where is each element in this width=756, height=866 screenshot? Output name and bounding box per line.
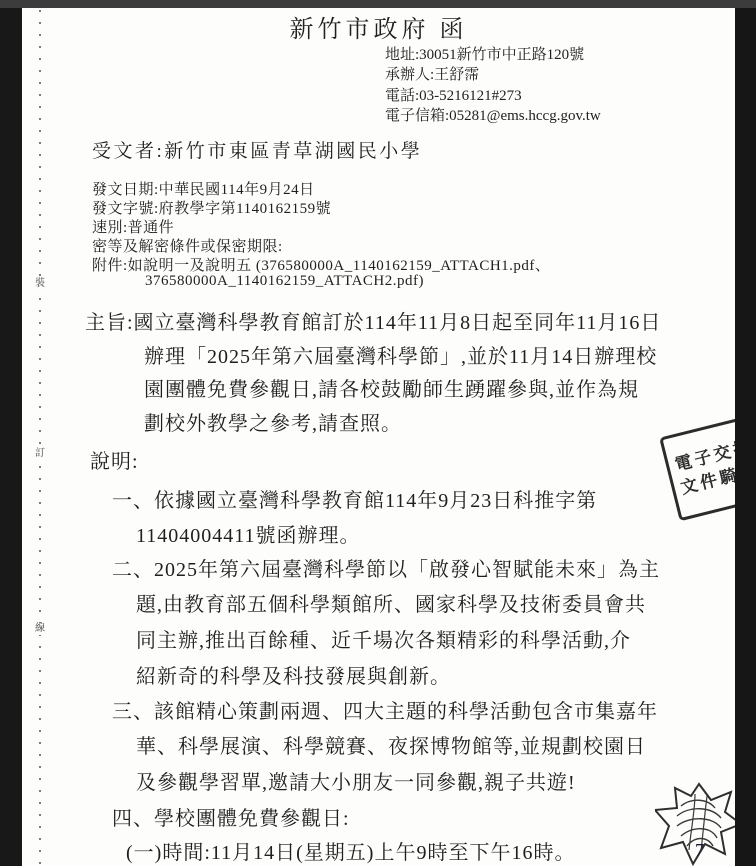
document-title: 新竹市政府 函	[22, 9, 735, 44]
description-item-continuation: 華、科學展演、科學競賽、夜探博物館等,並規劃校園日	[136, 730, 646, 759]
description-item-continuation: 11404004411號函辦理。	[136, 519, 361, 548]
description-item: 四、學校團體免費參觀日:	[112, 802, 350, 831]
binding-label-zhuang: 裝	[31, 278, 49, 290]
binding-label-xian: 線	[31, 623, 49, 635]
meta-security: 密等及解密條件或保密期限:	[92, 235, 283, 256]
scan-border-right	[735, 8, 756, 866]
description-item-continuation: 及參觀學習單,邀請大小朋友一同參觀,親子共遊!	[136, 766, 576, 795]
description-item: 三、該館精心策劃兩週、四大主題的科學活動包含市集嘉年	[112, 695, 658, 724]
description-heading: 說明:	[90, 445, 139, 474]
subject-line: 辦理「2025年第六屆臺灣科學節」,並於11月14日辦理校	[144, 340, 657, 369]
meta-attachment-line2: 376580000A_1140162159_ATTACH2.pdf)	[145, 273, 424, 290]
description-item: 二、2025年第六屆臺灣科學節以「啟發心智賦能未來」為主	[112, 553, 660, 582]
description-item: 一、依據國立臺灣科學教育館114年9月23日科推字第	[112, 484, 597, 513]
description-item-continuation: 同主辦,推出百餘種、近千場次各類精彩的科學活動,介	[136, 624, 631, 653]
scan-border-left	[0, 8, 22, 866]
sender-phone: 電話:03-5216121#273	[385, 86, 601, 106]
description-item-continuation: 紹新奇的科學及科技發展與創新。	[136, 660, 451, 689]
scanned-letter-page: { "doc": { "title": "新竹市政府 函", "sender":…	[0, 0, 756, 866]
sender-contact-person: 承辦人:王舒霈	[385, 65, 601, 85]
sender-email: 電子信箱:05281@ems.hccg.gov.tw	[385, 106, 601, 126]
binding-dotted-line	[39, 10, 41, 866]
meta-doc-number: 發文字號:府教學字第1140162159號	[92, 197, 331, 218]
sender-address: 地址:30051新竹市中正路120號	[385, 45, 601, 65]
official-seal-graphic: 7	[655, 780, 743, 866]
meta-speed: 速別:普通件	[92, 216, 174, 237]
description-sub-item: (一)時間:11月14日(星期五)上午9時至下午16時。	[126, 836, 575, 865]
sender-info-block: 地址:30051新竹市中正路120號 承辦人:王舒霈 電話:03-5216121…	[385, 45, 601, 127]
subject-line: 劃校外教學之參考,請查照。	[144, 407, 402, 436]
scan-border-top	[0, 0, 756, 8]
seal-number: 7	[695, 840, 704, 860]
meta-attachment-line1: 附件:如說明一及說明五 (376580000A_1140162159_ATTAC…	[92, 254, 550, 275]
recipient-line: 受文者:新竹市東區青草湖國民小學	[92, 136, 422, 163]
subject-line: 園團體免費參觀日,請各校鼓勵師生踴躍參與,並作為規	[144, 373, 639, 402]
binding-label-ding: 訂	[31, 448, 49, 460]
meta-issue-date: 發文日期:中華民國114年9月24日	[92, 178, 315, 199]
subject-line: 主旨:國立臺灣科學教育館訂於114年11月8日起至同年11月16日	[85, 306, 661, 335]
description-item-continuation: 題,由教育部五個科學類館所、國家科學及技術委員會共	[136, 588, 646, 617]
